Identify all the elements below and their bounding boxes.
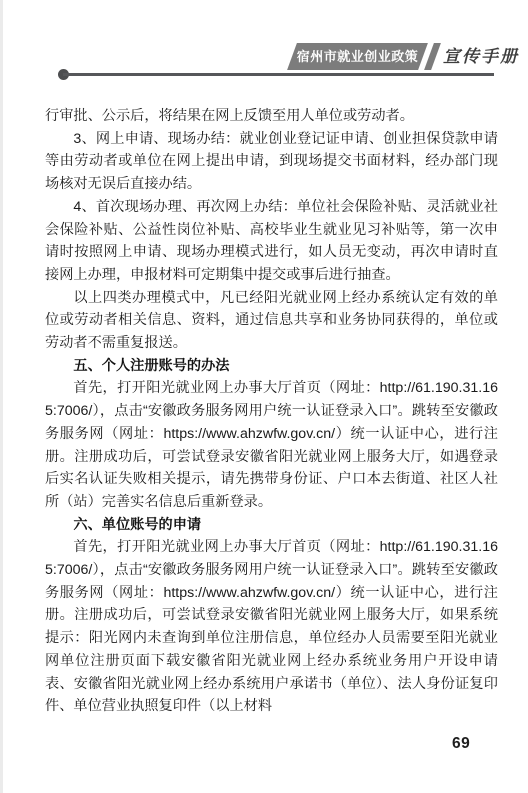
policy-badge-fold (424, 43, 441, 70)
handbook-page: 宿州市就业创业政策 宣传手册 行审批、公示后，将结果在网上反馈至用人单位或劳动者… (0, 0, 528, 793)
policy-badge-label: 宿州市就业创业政策 (292, 43, 423, 70)
header-rule (63, 73, 494, 76)
paragraph-personal-account-steps: 首先，打开阳光就业网上办事大厅首页（网址：http://61.190.31.16… (45, 377, 498, 513)
paragraph-employer-account-steps: 首先，打开阳光就业网上办事大厅首页（网址：http://61.190.31.16… (45, 536, 498, 718)
paragraph-no-duplicate-submission: 以上四类办理模式中，凡已经阳光就业网上经办系统认定有效的单位或劳动者相关信息、资… (45, 287, 498, 355)
paragraph-continuation: 行审批、公示后，将结果在网上反馈至用人单位或劳动者。 (45, 105, 498, 128)
handbook-label: 宣传手册 (443, 45, 525, 70)
page-header: 宿州市就业创业政策 宣传手册 (0, 0, 528, 90)
scan-edge-artifact (0, 0, 3, 793)
body-text: 行审批、公示后，将结果在网上反馈至用人单位或劳动者。 3、网上申请、现场办结：就… (45, 105, 498, 718)
paragraph-first-onsite-then-online: 4、首次现场办理、再次网上办结：单位社会保险补贴、灵活就业社会保险补贴、公益性岗… (45, 196, 498, 287)
page-number: 69 (452, 735, 482, 753)
policy-badge: 宿州市就业创业政策 (287, 43, 428, 70)
section-heading-employer-account: 六、单位账号的申请 (45, 514, 498, 537)
paragraph-online-apply-onsite-finish: 3、网上申请、现场办结：就业创业登记证申请、创业担保贷款申请等由劳动者或单位在网… (45, 128, 498, 196)
section-heading-personal-account: 五、个人注册账号的办法 (45, 355, 498, 378)
